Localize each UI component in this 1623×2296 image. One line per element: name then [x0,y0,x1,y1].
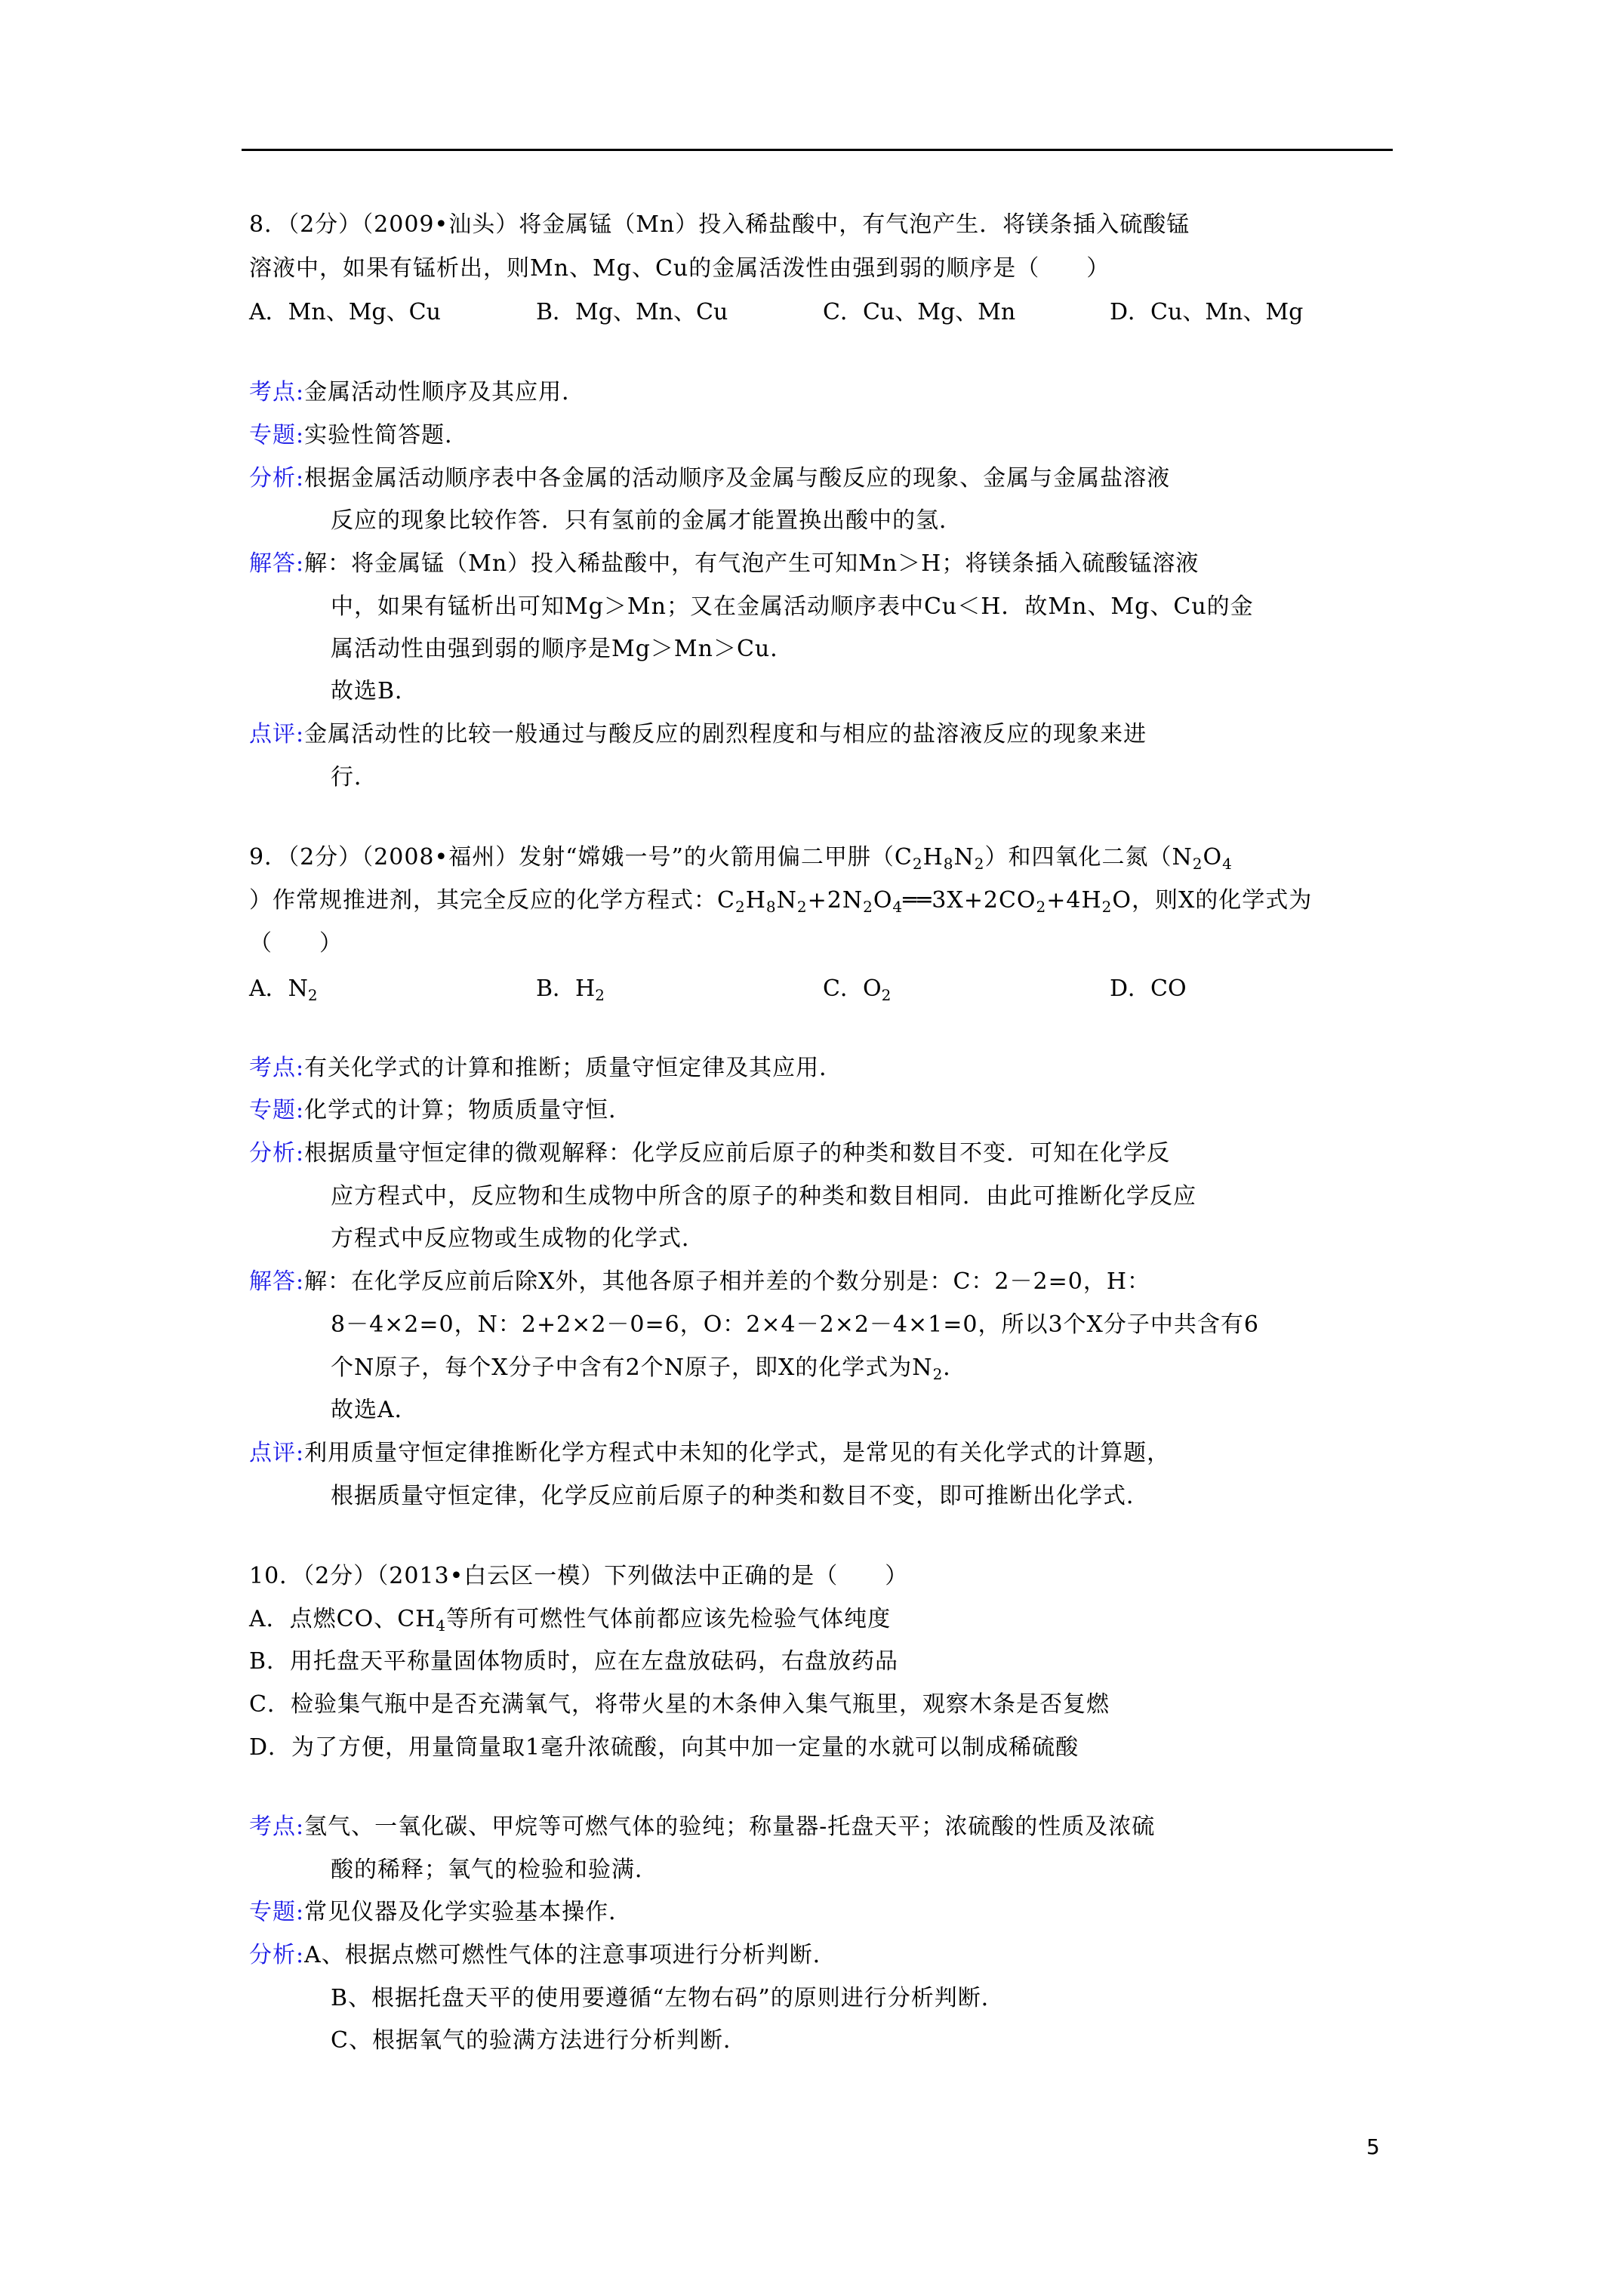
fenxi-label: 分析: [249,1140,304,1166]
q9-dianping: 点评:利用质量守恒定律推断化学方程式中未知的化学式，是常见的有关化学式的计算题， [249,1438,1170,1469]
q9-jieda: 解答:解：在化学反应前后除X外，其他各原子相并差的个数分别是：C：2－2=0，H… [249,1267,1150,1297]
q9-option-c: C．O2 [823,974,891,1004]
q8-jieda-line-3: 属活动性由强到弱的顺序是Mg＞Mn＞Cu． [331,634,793,664]
q10-kaodian-cont: 酸的稀释；氧气的检验和验满． [331,1855,658,1885]
q8-kaodian: 考点:金属活动性顺序及其应用． [249,378,585,408]
q8-zhuanti: 专题:实验性简答题． [249,421,468,451]
q8-answer: 故选B． [331,676,418,707]
q8-fenxi: 分析:根据金属活动顺序表中各金属的活动顺序及金属与酸反应的现象、金属与金属盐溶液 [249,464,1170,494]
q8-fenxi-cont: 反应的现象比较作答．只有氢前的金属才能置换出酸中的氢． [331,506,962,536]
q8-stem-line-2: 溶液中，如果有锰析出，则Mn、Mg、Cu的金属活泼性由强到弱的顺序是（ ） [249,254,1110,284]
dianping-label: 点评: [249,1440,304,1466]
q10-fenxi-line-3: C、根据氧气的验满方法进行分析判断． [331,2026,747,2056]
jieda-label: 解答: [249,1268,304,1295]
q8-stem-line-1: 8．（2分）（2009•汕头）将金属锰（Mn）投入稀盐酸中，有气泡产生．将镁条插… [249,210,1190,240]
q9-option-b: B．H2 [536,974,605,1004]
q10-option-d: D．为了方便，用量筒量取1毫升浓硫酸，向其中加一定量的水就可以制成稀硫酸 [249,1733,1079,1763]
q9-jieda-line-2: 8－4×2=0，N：2+2×2－0=6，O：2×4－2×2－4×1=0，所以3个… [331,1310,1259,1340]
q9-jieda-line-3: 个N原子，每个X分子中含有2个N原子，即X的化学式为N2． [331,1353,966,1383]
q10-option-a: A．点燃CO、CH4等所有可燃性气体前都应该先检验气体纯度 [249,1604,891,1635]
zhuanti-label: 专题: [249,422,304,448]
jieda-label: 解答: [249,550,304,577]
q9-fenxi-line-3: 方程式中反应物或生成物的化学式． [331,1224,705,1254]
q9-kaodian: 考点:有关化学式的计算和推断；质量守恒定律及其应用． [249,1053,842,1083]
q9-answer: 故选A． [331,1395,418,1425]
q10-option-b: B．用托盘天平称量固体物质时，应在左盘放砝码，右盘放药品 [249,1647,898,1677]
kaodian-label: 考点: [249,1814,304,1840]
q9-fenxi-line-2: 应方程式中，反应物和生成物中所含的原子的种类和数目相同．由此可推断化学反应 [331,1182,1196,1212]
zhuanti-label: 专题: [249,1899,304,1925]
q8-option-d: D．Cu、Mn、Mg [1110,297,1303,328]
q9-stem-line-2: ）作常规推进剂，其完全反应的化学方程式：C2H8N2+2N2O4══3X+2CO… [249,886,1312,916]
q8-dianping: 点评:金属活动性的比较一般通过与酸反应的剧烈程度和与相应的盐溶液反应的现象来进 [249,720,1147,750]
fenxi-label: 分析: [249,465,304,492]
q8-option-a: A．Mn、Mg、Cu [249,297,441,328]
kaodian-label: 考点: [249,379,304,405]
q9-fenxi: 分析:根据质量守恒定律的微观解释：化学反应前后原子的种类和数目不变．可知在化学反 [249,1139,1170,1169]
fenxi-label: 分析: [249,1942,304,1968]
q9-zhuanti: 专题:化学式的计算；物质质量守恒． [249,1096,632,1126]
page-number: 5 [1366,2134,1380,2159]
q9-option-d: D．CO [1110,974,1187,1004]
q9-stem-line-3: （ ） [249,929,343,959]
header-rule [242,149,1393,151]
q10-option-c: C．检验集气瓶中是否充满氧气，将带火星的木条伸入集气瓶里，观察木条是否复燃 [249,1690,1110,1720]
q10-kaodian: 考点:氢气、一氧化碳、甲烷等可燃气体的验纯；称量器-托盘天平；浓硫酸的性质及浓硫 [249,1812,1155,1842]
kaodian-label: 考点: [249,1055,304,1081]
q8-option-b: B．Mg、Mn、Cu [536,297,728,328]
q9-dianping-cont: 根据质量守恒定律，化学反应前后原子的种类和数目不变，即可推断出化学式． [331,1481,1150,1512]
dianping-label: 点评: [249,721,304,747]
q8-dianping-cont: 行． [331,763,377,793]
q8-jieda: 解答:解：将金属锰（Mn）投入稀盐酸中，有气泡产生可知Mn＞H；将镁条插入硫酸锰… [249,549,1199,579]
q8-option-c: C．Cu、Mg、Mn [823,297,1015,328]
q9-option-a: A．N2 [249,974,318,1004]
q8-jieda-line-2: 中，如果有锰析出可知Mg＞Mn；又在金属活动顺序表中Cu＜H．故Mn、Mg、Cu… [331,592,1254,622]
q10-fenxi-line-2: B、根据托盘天平的使用要遵循“左物右码”的原则进行分析判断． [331,1983,1005,2014]
q10-zhuanti: 专题:常见仪器及化学实验基本操作． [249,1897,632,1928]
zhuanti-label: 专题: [249,1097,304,1123]
q10-fenxi: 分析:A、根据点燃可燃性气体的注意事项进行分析判断． [249,1940,836,1971]
q10-stem: 10．（2分）（2013•白云区一模）下列做法中正确的是（ ） [249,1561,908,1592]
q9-stem-line-1: 9．（2分）（2008•福州）发射“嫦娥一号”的火箭用偏二甲肼（C2H8N2）和… [249,843,1233,873]
